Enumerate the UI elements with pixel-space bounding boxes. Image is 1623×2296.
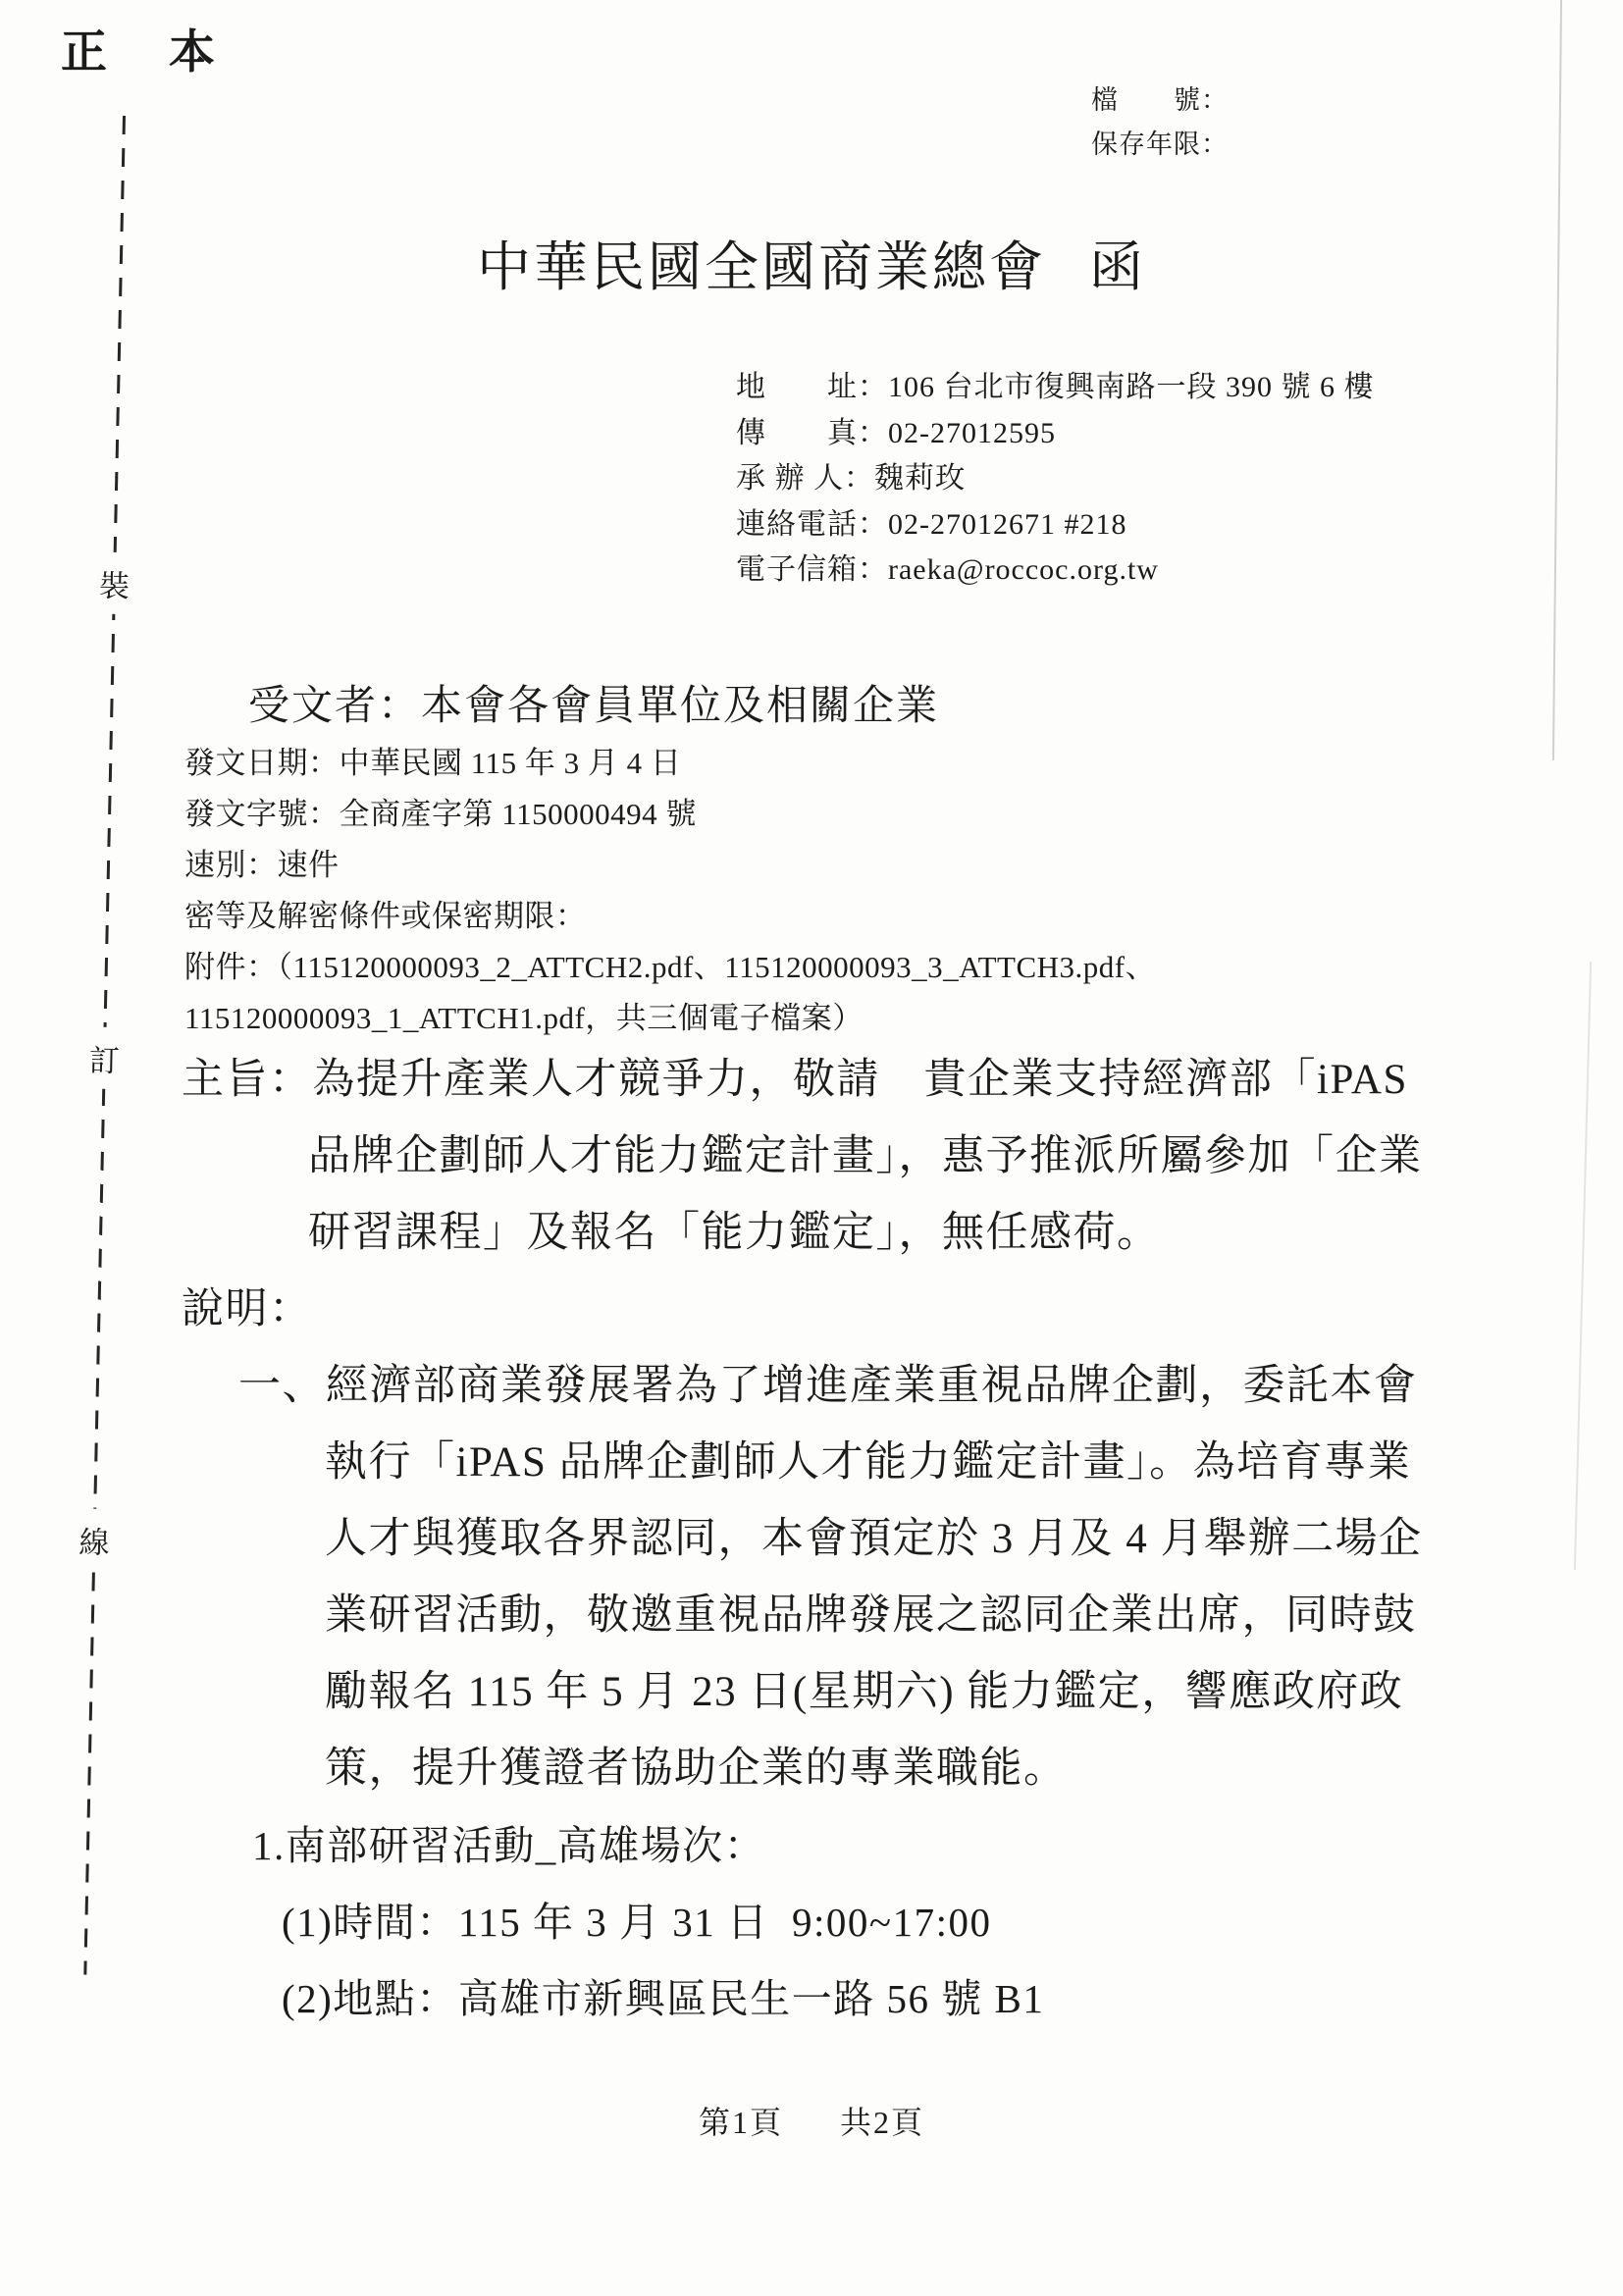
issue-date-value: 中華民國 115 年 3 月 4 日 <box>340 746 682 780</box>
recipient-label: 受文者： <box>248 684 421 729</box>
file-info-block: 檔 號： 保存年限： <box>1091 78 1229 167</box>
doc-number-label: 發文字號： <box>184 797 340 831</box>
page-total: 共2頁 <box>840 2105 924 2140</box>
fax-value: 02-27012595 <box>888 417 1056 449</box>
scan-edge-artifact <box>1574 962 1592 1570</box>
letter-body: 主旨：為提升產業人才競爭力，敬請 貴企業支持經濟部「iPAS品牌企劃師人才能力鑑… <box>182 1042 1438 2037</box>
address-value: 106 台北市復興南路一段 390 號 6 樓 <box>888 371 1375 403</box>
attachment-row: 附件：（115120000093_2_ATTCH2.pdf、1151200000… <box>184 942 1460 1044</box>
session-1-time-label: (1)時間： <box>282 1900 458 1945</box>
meta-block: 發文日期：中華民國 115 年 3 月 4 日 發文字號：全商產字第 11500… <box>184 738 1460 1044</box>
session-1-heading: 1.南部研習活動_高雄場次： <box>252 1807 1438 1884</box>
issue-date-label: 發文日期： <box>184 746 340 780</box>
page-number: 第1頁 <box>699 2105 783 2140</box>
session-1-place-value: 高雄市新興區民生一路 56 號 B1 <box>458 1976 1045 2021</box>
recipient-value: 本會各會員單位及相關企業 <box>421 684 939 729</box>
officer-row: 承 辦 人：魏莉玫 <box>736 456 1375 502</box>
attachment-value: （115120000093_2_ATTCH2.pdf、115120000093_… <box>184 950 1156 1035</box>
phone-value: 02-27012671 #218 <box>888 508 1127 541</box>
subject-text: 為提升產業人才競爭力，敬請 貴企業支持經濟部「iPAS品牌企劃師人才能力鑑定計畫… <box>308 1057 1423 1256</box>
officer-value: 魏莉玫 <box>874 462 966 495</box>
binding-dashed-line: 裝 訂 線 <box>83 116 126 1975</box>
session-1-time-value: 115 年 3 月 31 日 9:00~17:00 <box>458 1900 992 1945</box>
file-no-label: 檔 號： <box>1091 78 1229 123</box>
address-row: 地 址：106 台北市復興南路一段 390 號 6 樓 <box>736 365 1375 411</box>
contact-block: 地 址：106 台北市復興南路一段 390 號 6 樓 傳 真：02-27012… <box>736 365 1375 594</box>
binding-mark-zhuang: 裝 <box>97 552 131 615</box>
org-name: 中華民國全國商業總會 <box>477 237 1046 297</box>
email-label: 電子信箱： <box>736 553 888 586</box>
priority-row: 速別：速件 <box>184 840 1460 891</box>
description-heading: 說明： <box>182 1272 1438 1348</box>
binding-mark-ding: 訂 <box>87 1026 121 1089</box>
doc-type-label: 函 <box>1089 237 1146 297</box>
issue-date-row: 發文日期：中華民國 115 年 3 月 4 日 <box>184 738 1460 789</box>
session-1-place-label: (2)地點： <box>282 1976 458 2021</box>
item-1-paragraph: 一、經濟部商業發展署為了增進產業重視品牌企劃，委託本會執行「iPAS 品牌企劃師… <box>238 1348 1438 1807</box>
scan-edge-artifact <box>1552 0 1562 760</box>
doc-number-value: 全商產字第 1150000494 號 <box>340 797 697 831</box>
phone-row: 連絡電話：02-27012671 #218 <box>736 502 1375 548</box>
item-1-text: 經濟部商業發展署為了增進產業重視品牌企劃，委託本會執行「iPAS 品牌企劃師人才… <box>325 1363 1423 1792</box>
phone-label: 連絡電話： <box>736 508 888 541</box>
copy-label: 正 本 <box>61 16 223 81</box>
officer-label: 承 辦 人： <box>736 462 874 495</box>
session-1-place-row: (2)地點：高雄市新興區民生一路 56 號 B1 <box>282 1960 1438 2037</box>
session-1-time-row: (1)時間：115 年 3 月 31 日 9:00~17:00 <box>282 1884 1438 1960</box>
subject-paragraph: 主旨：為提升產業人才競爭力，敬請 貴企業支持經濟部「iPAS品牌企劃師人才能力鑑… <box>182 1042 1438 1272</box>
security-label: 密等及解密條件或保密期限： <box>184 899 587 933</box>
security-row: 密等及解密條件或保密期限： <box>184 891 1460 942</box>
document-title: 中華民國全國商業總會函 <box>0 224 1623 301</box>
retention-label: 保存年限： <box>1091 123 1229 167</box>
fax-row: 傳 真：02-27012595 <box>736 411 1375 457</box>
page-footer: 第1頁共2頁 <box>0 2098 1623 2143</box>
item-1-label: 一、 <box>238 1363 326 1409</box>
fax-label: 傳 真： <box>736 417 888 449</box>
email-row: 電子信箱：raeka@roccoc.org.tw <box>736 548 1375 594</box>
email-value: raeka@roccoc.org.tw <box>888 553 1159 586</box>
priority-label: 速別： <box>184 848 278 882</box>
scanned-letter-page: 正 本 檔 號： 保存年限： 中華民國全國商業總會函 地 址：106 台北市復興… <box>0 0 1623 2296</box>
priority-value: 速件 <box>278 848 340 882</box>
doc-number-row: 發文字號：全商產字第 1150000494 號 <box>184 789 1460 840</box>
attachment-label: 附件： <box>184 950 278 984</box>
binding-mark-xian: 線 <box>78 1508 111 1571</box>
subject-label: 主旨： <box>182 1057 313 1103</box>
address-label: 地 址： <box>736 371 888 403</box>
